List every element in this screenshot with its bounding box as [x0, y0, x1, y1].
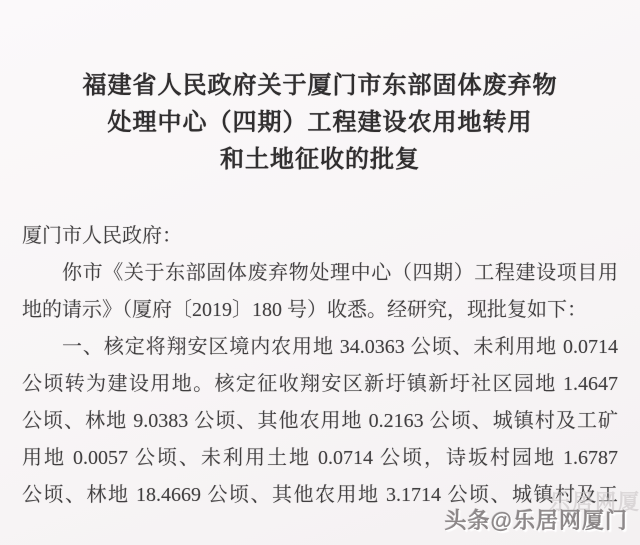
- doc-title-line-3: 和土地征收的批复: [22, 142, 618, 179]
- approval-paragraph-line-2: 公顷转为建设用地。核定征收翔安区新圩镇新圩社区园地 1.4647: [22, 366, 618, 403]
- approval-paragraph-line-3: 公顷、林地 9.0383 公顷、其他农用地 0.2163 公顷、城镇村及工矿: [22, 403, 618, 440]
- doc-title: 福建省人民政府关于厦门市东部固体废弃物 处理中心（四期）工程建设农用地转用 和土…: [22, 68, 618, 179]
- document-content: 福建省人民政府关于厦门市东部固体废弃物 处理中心（四期）工程建设农用地转用 和土…: [0, 0, 640, 514]
- request-paragraph-line-2: 地的请示》（厦府〔2019〕180 号）收悉。经研究，现批复如下：: [22, 292, 618, 329]
- approval-paragraph-line-1: 一、核定将翔安区境内农用地 34.0363 公顷、未利用地 0.0714: [22, 329, 618, 366]
- watermark: 头条@乐居网厦门: [445, 504, 628, 535]
- approval-paragraph-line-4: 用地 0.0057 公顷、未利用土地 0.0714 公顷，诗坂村园地 1.678…: [22, 440, 618, 477]
- document-page: 福建省人民政府关于厦门市东部固体废弃物 处理中心（四期）工程建设农用地转用 和土…: [0, 0, 640, 545]
- doc-body: 厦门市人民政府： 你市《关于东部固体废弃物处理中心（四期）工程建设项目用 地的请…: [22, 218, 618, 514]
- request-paragraph-line-1: 你市《关于东部固体废弃物处理中心（四期）工程建设项目用: [22, 255, 618, 292]
- salutation-line: 厦门市人民政府：: [22, 218, 618, 255]
- doc-title-line-1: 福建省人民政府关于厦门市东部固体废弃物: [22, 68, 618, 105]
- doc-title-line-2: 处理中心（四期）工程建设农用地转用: [22, 105, 618, 142]
